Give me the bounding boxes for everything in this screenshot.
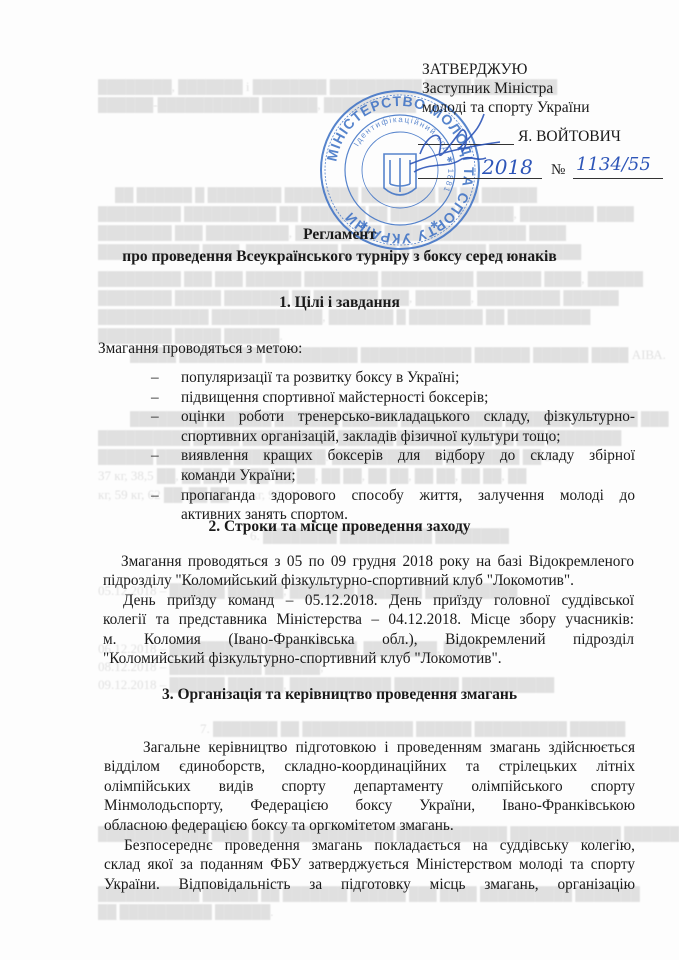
list-item: – підвищення спортивної майстерності бок… [151,388,635,408]
dash-bullet-icon: – [151,446,159,466]
bleed-through-text: ██ ██████████ ██████. [98,903,274,922]
approval-heading: ЗАТВЕРДЖУЮ [422,60,590,79]
bleed-through-text: 7. ███████ ██ ████████████ ██████ ██████… [200,720,625,739]
list-item: – оцінки роботи тренерсько-викладацького… [151,407,635,446]
approval-signer: Я. ВОЙТОВИЧ [518,128,621,146]
approval-number: 1134/55 [576,154,651,175]
section-2-paragraph-1: Змагання проводяться з 05 по 09 грудня 2… [103,552,634,591]
approval-date: 2018 [482,155,533,179]
bleed-through-text: █████████ ███ ███ ██████ ████████ ██████… [98,270,643,289]
document-subtitle: про проведення Всеукраїнського турніру з… [0,248,679,266]
section-3-paragraph-1: Загальне керівництво підготовкою і прове… [104,738,635,835]
section-1-heading: 1. Цілі і завдання [0,294,679,312]
list-item: – популяризації та розвитку боксу в Укра… [151,368,635,388]
list-item: – виявлення кращих боксерів для відбору … [151,446,635,485]
document-page: ████████, ███████ і ████████ ██████████ … [0,0,679,960]
dash-bullet-icon: – [151,388,159,408]
number-line [573,178,663,179]
dash-bullet-icon: – [151,368,159,388]
approval-position-line1: Заступник Міністра [422,79,590,98]
section-2-paragraph-2: День приїзду команд – 05.12.2018. День п… [103,591,634,669]
dash-bullet-icon: – [151,486,159,506]
approval-number-label: № [551,162,565,179]
section-3-paragraph-2: Безпосереднє проведення змагань покладає… [104,836,635,894]
document-title: Регламент [0,226,679,244]
section-2-heading: 2. Строки та місце проведення заходу [0,518,679,536]
section-1-intro: Змагання проводяться з метою: [98,339,302,358]
goals-list: – популяризації та розвитку боксу в Укра… [151,368,635,525]
section-3-heading: 3. Організація та керівництво проведення… [0,686,679,704]
dash-bullet-icon: – [151,407,159,427]
